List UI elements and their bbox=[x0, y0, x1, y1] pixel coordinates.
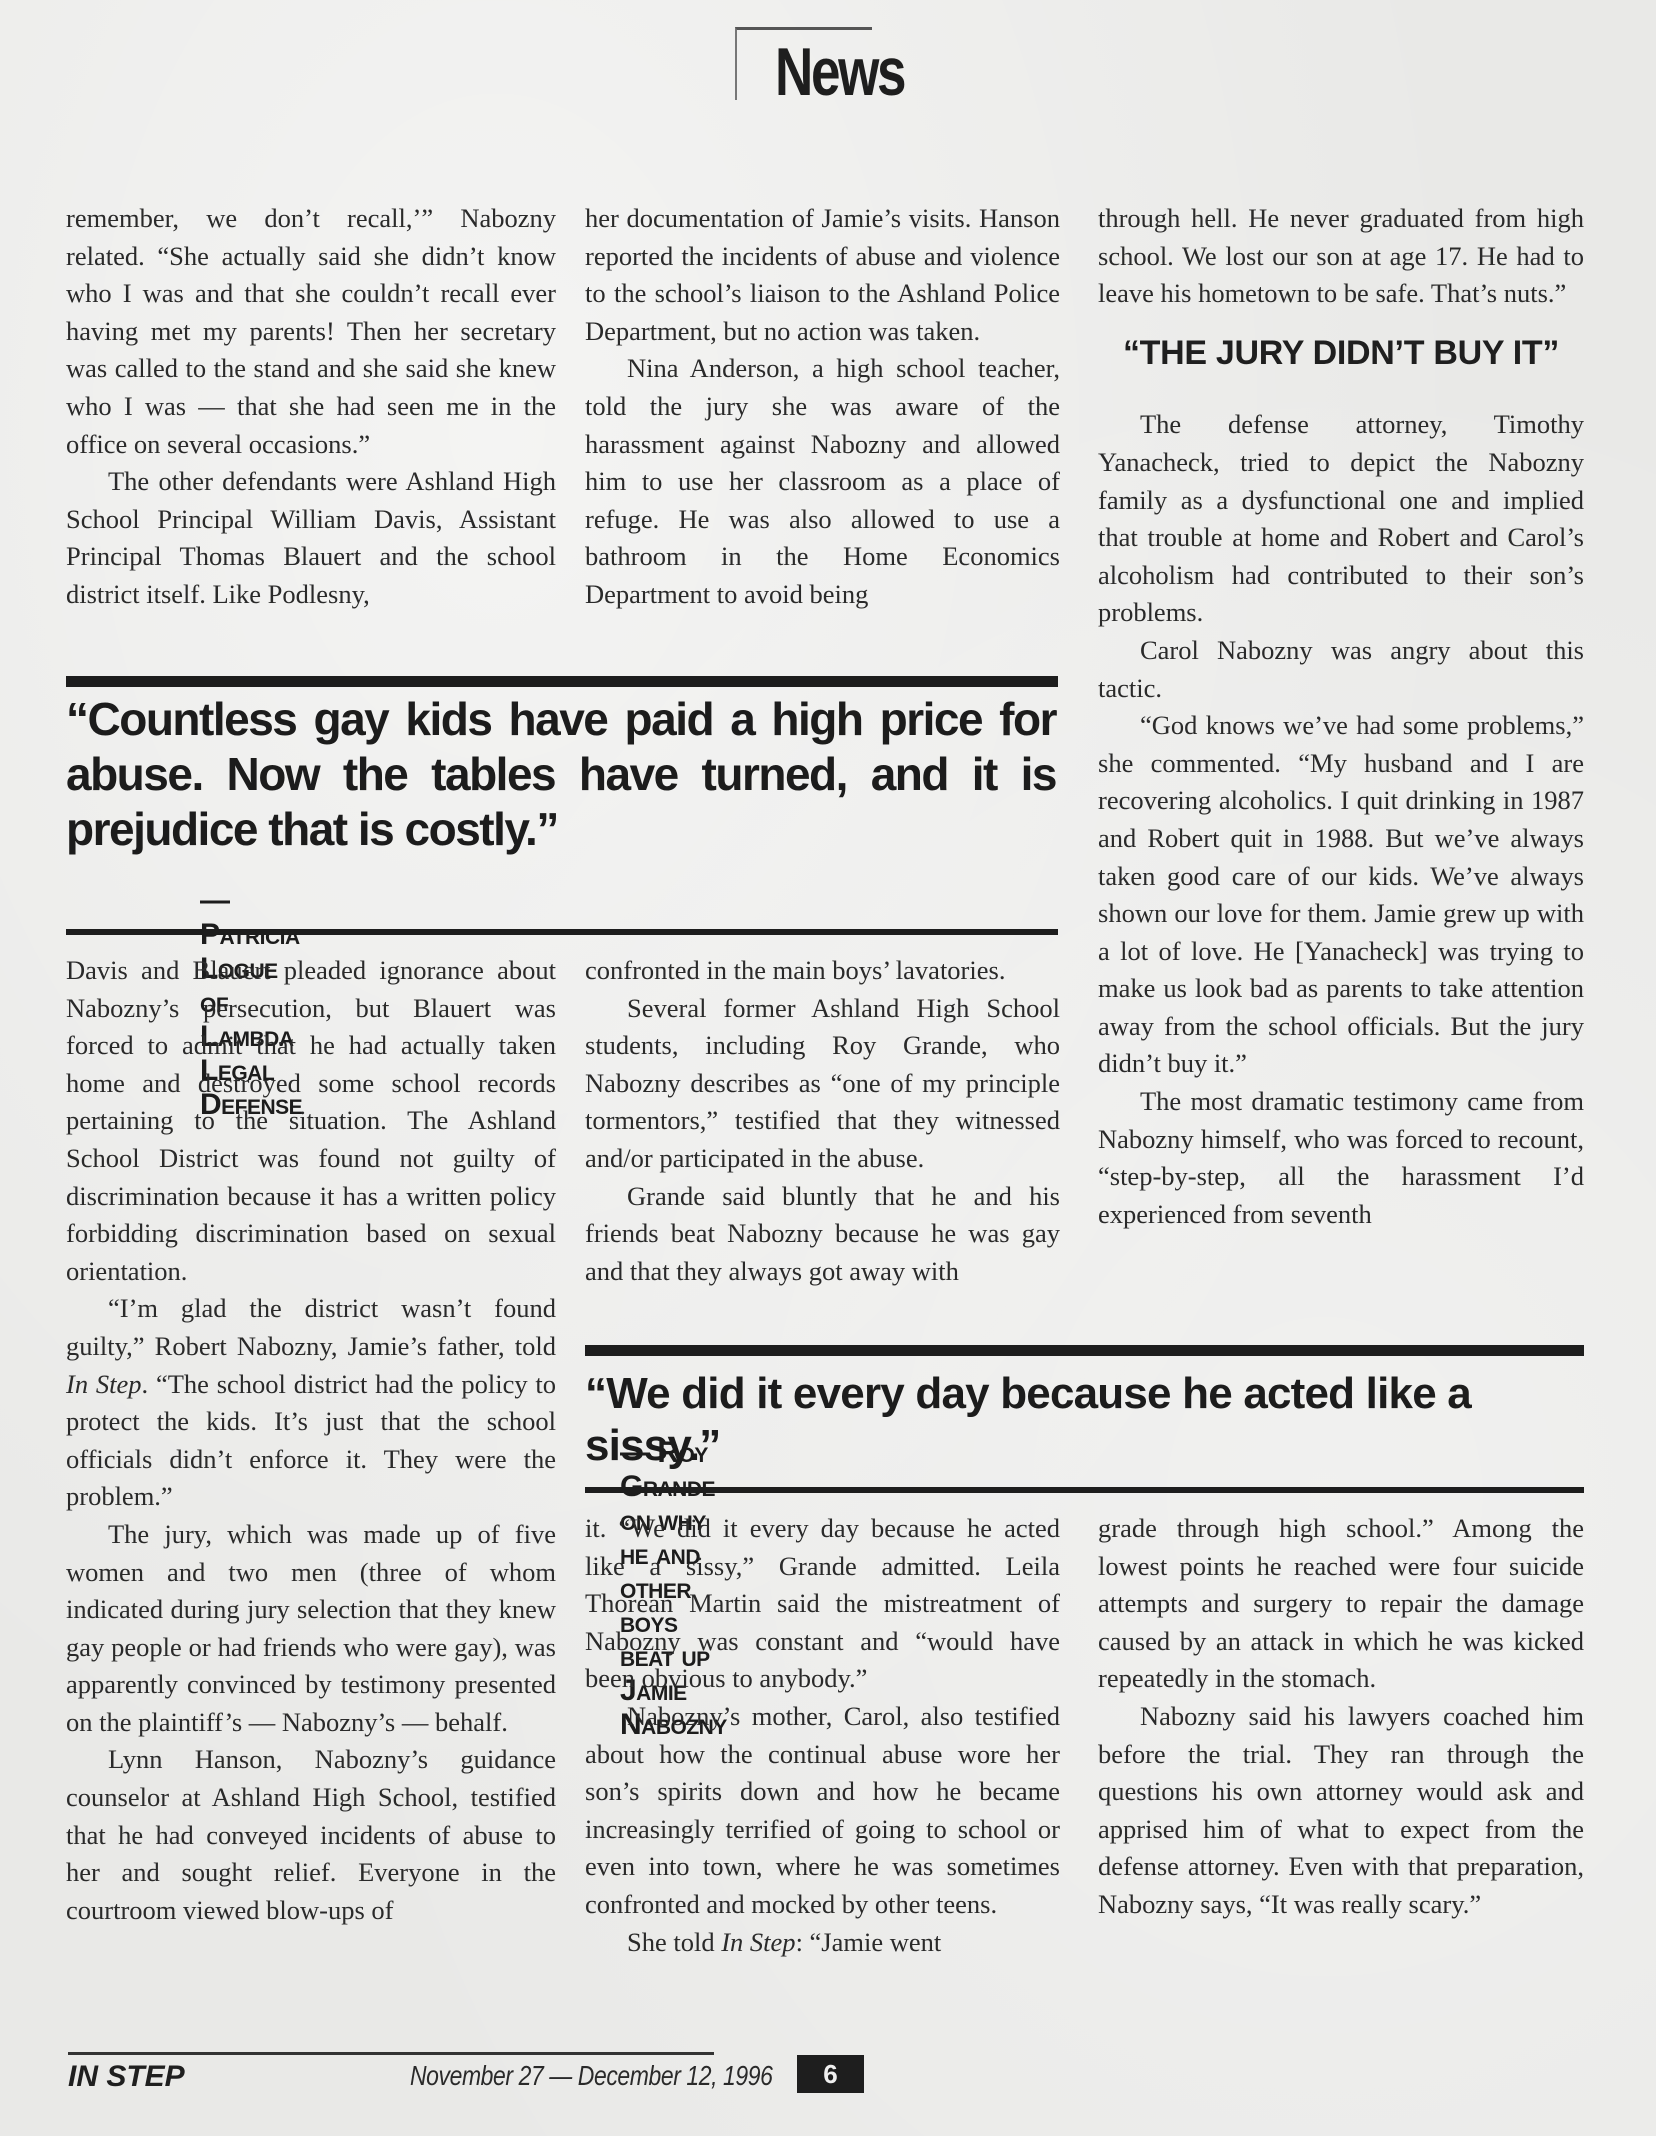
footer-rule bbox=[68, 2052, 714, 2055]
paragraph: “I’m glad the district wasn’t found guil… bbox=[66, 1290, 556, 1516]
footer-date: November 27 — December 12, 1996 bbox=[410, 2060, 773, 2092]
paragraph: it. “We did it every day because he acte… bbox=[585, 1510, 1060, 1698]
column-3-top: through hell. He never graduated from hi… bbox=[1098, 200, 1584, 1233]
pullquote-2-text: “We did it every day because he acted li… bbox=[585, 1368, 1585, 1472]
paragraph: Nabozny said his lawyers coached him bef… bbox=[1098, 1698, 1584, 1924]
publication-name: In Step bbox=[721, 1927, 795, 1957]
paragraph: The most dramatic testimony came from Na… bbox=[1098, 1083, 1584, 1233]
column-1-top: remember, we don’t recall,’” Nabozny rel… bbox=[66, 200, 556, 614]
column-2-mid: confronted in the main boys’ lavatories.… bbox=[585, 952, 1060, 1290]
column-2-top: her documentation of Jamie’s visits. Han… bbox=[585, 200, 1060, 614]
paragraph: Grande said bluntly that he and his frie… bbox=[585, 1178, 1060, 1291]
page-number: 6 bbox=[797, 2055, 864, 2093]
pullquote-1-top-rule bbox=[66, 676, 1058, 687]
publication-name: In Step bbox=[66, 1369, 142, 1399]
pullquote-1-bottom-rule bbox=[66, 929, 1058, 935]
paragraph: Several former Ashland High School stude… bbox=[585, 990, 1060, 1178]
paragraph: Nina Anderson, a high school teacher, to… bbox=[585, 350, 1060, 613]
paragraph: She told In Step: “Jamie went bbox=[585, 1924, 1060, 1962]
paragraph: The jury, which was made up of five wome… bbox=[66, 1516, 556, 1742]
paragraph: Lynn Hanson, Nabozny’s guidance counselo… bbox=[66, 1741, 556, 1929]
subhead: “THE JURY DIDN’T BUY IT” bbox=[1098, 335, 1584, 373]
paragraph: confronted in the main boys’ lavatories. bbox=[585, 952, 1060, 990]
paragraph: grade through high school.” Among the lo… bbox=[1098, 1510, 1584, 1698]
pullquote-2-bottom-rule bbox=[585, 1487, 1584, 1493]
paragraph: her documentation of Jamie’s visits. Han… bbox=[585, 200, 1060, 350]
paragraph: remember, we don’t recall,’” Nabozny rel… bbox=[66, 200, 556, 463]
column-2-lower: it. “We did it every day because he acte… bbox=[585, 1510, 1060, 1961]
pullquote-2-top-rule bbox=[585, 1345, 1584, 1356]
paragraph: Carol Nabozny was angry about this tacti… bbox=[1098, 632, 1584, 707]
pullquote-1-text: “Countless gay kids have paid a high pri… bbox=[66, 692, 1056, 857]
paragraph: through hell. He never graduated from hi… bbox=[1098, 200, 1584, 313]
paragraph: Nabozny’s mother, Carol, also testified … bbox=[585, 1698, 1060, 1924]
footer-publication: IN STEP bbox=[68, 2060, 185, 2094]
paragraph: The other defendants were Ashland High S… bbox=[66, 463, 556, 613]
paragraph: Davis and Blauert pleaded ignorance abou… bbox=[66, 952, 556, 1290]
section-title: News bbox=[775, 38, 904, 106]
column-1-lower: Davis and Blauert pleaded ignorance abou… bbox=[66, 952, 556, 1929]
column-3-lower: grade through high school.” Among the lo… bbox=[1098, 1510, 1584, 1924]
paragraph: “God knows we’ve had some problems,” she… bbox=[1098, 707, 1584, 1083]
paragraph: The defense attorney, Timothy Yanacheck,… bbox=[1098, 406, 1584, 632]
